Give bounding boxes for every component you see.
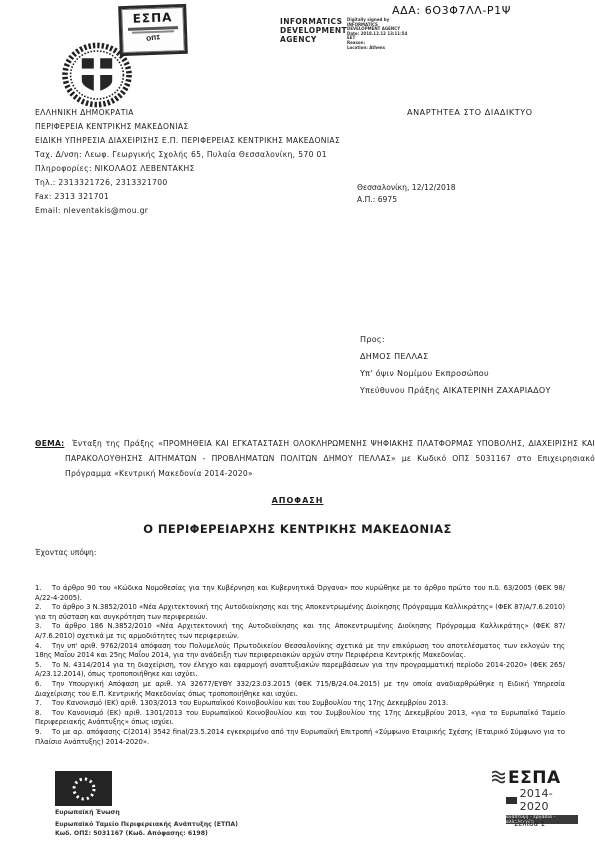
- legal-item-text: Την υπ' αριθ. 9762/2014 απόφαση του Πολυ…: [35, 642, 565, 660]
- espa-waves-icon: [492, 769, 505, 788]
- letterhead: ΕΛΛΗΝΙΚΗ ΔΗΜΟΚΡΑΤΙΑ ΠΕΡΙΦΕΡΕΙΑ ΚΕΝΤΡΙΚΗΣ…: [35, 106, 365, 218]
- legal-item-number: 3.: [35, 622, 52, 632]
- subject-block: ΘΕΜΑ: Ένταξη της Πράξης «ΠΡΟΜΗΘΕΙΑ ΚΑΙ Ε…: [35, 436, 595, 481]
- legal-item-number: 7.: [35, 699, 52, 709]
- legal-item: 6.Την Υπουργική Απόφαση με αριθ. ΥΑ 3267…: [35, 680, 565, 699]
- letterhead-line: Ταχ. Δ/νση: Λεωφ. Γεωργικής Σχολής 65, Π…: [35, 148, 365, 162]
- ops-code-label: Κωδ. ΟΠΣ: 5031167 (Κωδ. Απόφασης: 6198): [55, 829, 238, 838]
- legal-item: 8.Τον Κανονισμό (ΕΚ) αριθ. 1301/2013 του…: [35, 709, 565, 728]
- protocol-number: Α.Π.: 6975: [357, 195, 397, 204]
- letterhead-line: Τηλ.: 2313321726, 2313321700: [35, 176, 365, 190]
- legal-item-text: Το άρθρο 90 του «Κώδικα Νομοθεσίας για τ…: [35, 584, 565, 602]
- legal-item-text: Το με αρ. απόφασης C(2014) 3542 final/23…: [35, 728, 565, 746]
- subject-text: Ένταξη της Πράξης «ΠΡΟΜΗΘΕΙΑ ΚΑΙ ΕΓΚΑΤΑΣ…: [65, 439, 595, 478]
- eu-flag-icon: [55, 771, 112, 806]
- legal-item: 5.Το Ν. 4314/2014 για τη διαχείριση, τον…: [35, 661, 565, 680]
- decision-heading: ΑΠΟΦΑΣΗ: [0, 496, 595, 505]
- espa-2014-2020-logo: ΕΣΠΑ 2014-2020 ανάπτυξη - εργασία - αλλη…: [492, 768, 580, 824]
- recipient-block: Προς: ΔΗΜΟΣ ΠΕΛΛΑΣ Υπ' όψιν Νομίμου Εκπρ…: [360, 331, 551, 399]
- eu-union-label: Ευρωπαϊκή Ένωση: [55, 809, 120, 816]
- legal-item: 2.Το άρθρο 3 Ν.3852/2010 «Νέα Αρχιτεκτον…: [35, 603, 565, 622]
- letterhead-line-email: Email: nleventakis@mou.gr: [35, 204, 365, 218]
- legal-item-number: 9.: [35, 728, 52, 738]
- legal-item-number: 5.: [35, 661, 52, 671]
- legal-item-number: 4.: [35, 642, 52, 652]
- letterhead-line: Πληροφορίες: ΝΙΚΟΛΑΟΣ ΛΕΒΕΝΤΑΚΗΣ: [35, 162, 365, 176]
- recipient-line: ΔΗΜΟΣ ΠΕΛΛΑΣ: [360, 348, 551, 365]
- legal-item-text: Το Ν. 4314/2014 για τη διαχείριση, τον έ…: [35, 661, 565, 679]
- etpa-block: Ευρωπαϊκό Ταμείο Περιφερειακής Ανάπτυξης…: [55, 820, 238, 838]
- legal-item-text: Τον Κανονισμό (ΕΚ) αριθ. 1301/2013 του Ε…: [35, 709, 565, 727]
- legal-item-number: 2.: [35, 603, 52, 613]
- city-date: Θεσσαλονίκη, 12/12/2018: [357, 183, 456, 192]
- legal-item-number: 6.: [35, 680, 52, 690]
- legal-item-text: Την Υπουργική Απόφαση με αριθ. ΥΑ 32677/…: [35, 680, 565, 698]
- legal-item: 1.Το άρθρο 90 του «Κώδικα Νομοθεσίας για…: [35, 584, 565, 603]
- legal-item: 3.Το άρθρο 186 Ν.3852/2010 «Νέα Αρχιτεκτ…: [35, 622, 565, 641]
- greek-coat-of-arms-icon: [57, 42, 137, 112]
- letterhead-line: Fax: 2313 321701: [35, 190, 365, 204]
- etpa-fund-label: Ευρωπαϊκό Ταμείο Περιφερειακής Ανάπτυξης…: [55, 820, 238, 829]
- page-number: Σελίδα 1: [514, 819, 545, 828]
- legal-item: 4.Την υπ' αριθ. 9762/2014 απόφαση του Πο…: [35, 642, 565, 661]
- espa-logo-name: ΕΣΠΑ: [508, 768, 561, 788]
- having-regard-label: Έχοντας υπόψη:: [35, 548, 96, 557]
- document-page: ΕΣΠΑ ΟΠΣ INFORMATICS DEVELOPMENT AGENCY …: [0, 0, 595, 842]
- legal-item: 7.Τον Κανονισμό (ΕΚ) αριθ. 1303/2013 του…: [35, 699, 565, 709]
- legal-item-text: Τον Κανονισμό (ΕΚ) αριθ. 1303/2013 του Ε…: [52, 699, 448, 707]
- authority-title: Ο ΠΕΡΙΦΕΡΕΙΑΡΧΗΣ ΚΕΝΤΡΙΚΗΣ ΜΑΚΕΔΟΝΙΑΣ: [0, 522, 595, 536]
- legal-item-number: 1.: [35, 584, 52, 594]
- espa-flag-icon: [506, 797, 517, 804]
- anartitea-label: ΑΝΑΡΤΗΤΕΑ ΣΤΟ ΔΙΑΔΙΚΤΥΟ: [407, 108, 533, 117]
- legal-item-text: Το άρθρο 3 Ν.3852/2010 «Νέα Αρχιτεκτονικ…: [35, 603, 565, 621]
- recipient-line: Υπεύθυνου Πράξης ΑΙΚΑΤΕΡΙΝΗ ΖΑΧΑΡΙΑΔΟΥ: [360, 382, 551, 399]
- recipient-label: Προς:: [360, 331, 551, 348]
- letterhead-line: ΕΙΔΙΚΗ ΥΠΗΡΕΣΙΑ ΔΙΑΧΕΙΡΙΣΗΣ Ε.Π. ΠΕΡΙΦΕΡ…: [35, 134, 365, 148]
- letterhead-line: ΠΕΡΙΦΕΡΕΙΑ ΚΕΝΤΡΙΚΗΣ ΜΑΚΕΔΟΝΙΑΣ: [35, 120, 365, 134]
- recipient-line: Υπ' όψιν Νομίμου Εκπροσώπου: [360, 365, 551, 382]
- letterhead-line: ΕΛΛΗΝΙΚΗ ΔΗΜΟΚΡΑΤΙΑ: [35, 106, 365, 120]
- ada-code: ΑΔΑ: 6Ο3Φ7ΛΛ-Ρ1Ψ: [392, 4, 511, 17]
- legal-basis-list: 1.Το άρθρο 90 του «Κώδικα Νομοθεσίας για…: [35, 584, 565, 747]
- espa-logo-years: 2014-2020: [520, 787, 580, 813]
- legal-item-text: Το άρθρο 186 Ν.3852/2010 «Νέα Αρχιτεκτον…: [35, 622, 565, 640]
- legal-item: 9.Το με αρ. απόφασης C(2014) 3542 final/…: [35, 728, 565, 747]
- signature-agency-label: INFORMATICS DEVELOPMENT AGENCY: [280, 17, 344, 44]
- signature-details: Digitally signed by INFORMATICS DEVELOPM…: [347, 18, 425, 50]
- espa-stamp-title: ΕΣΠΑ: [121, 10, 183, 26]
- legal-item-number: 8.: [35, 709, 52, 719]
- subject-label: ΘΕΜΑ:: [35, 439, 64, 448]
